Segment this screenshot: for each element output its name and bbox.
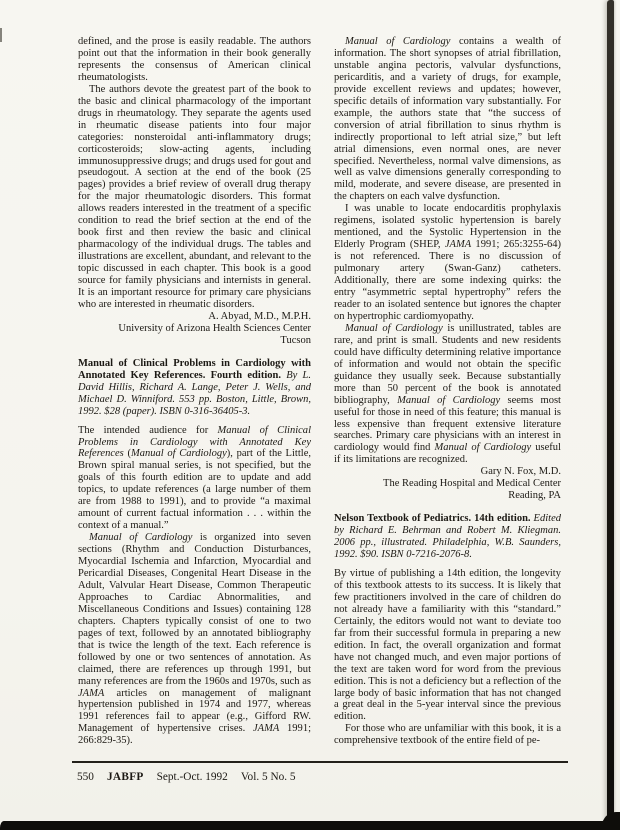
journal-abbreviation: JABFP <box>107 771 144 783</box>
scan-bottom-edge <box>0 821 620 830</box>
journal-scan-page: defined, and the prose is easily readabl… <box>0 0 620 830</box>
paragraph-cardiology-synopses: Manual of Cardiology contains a wealth o… <box>334 36 561 203</box>
scan-edge-mark <box>0 28 2 42</box>
issue-date: Sept.-Oct. 1992 <box>157 771 228 783</box>
volume-number: Vol. 5 No. 5 <box>241 771 296 783</box>
paragraph-rheumatology-readability: defined, and the prose is easily readabl… <box>78 36 311 84</box>
book-citation-cardiology-manual: Manual of Clinical Problems in Cardiolog… <box>78 358 311 418</box>
page-number: 550 <box>77 771 94 783</box>
footer-rule <box>72 761 568 763</box>
book-citation-nelson-pediatrics: Nelson Textbook of Pediatrics. 14th edit… <box>334 513 561 561</box>
paragraph-cardiology-omissions: I was unable to locate endocarditis prop… <box>334 203 561 323</box>
reviewer-attribution-abyad: A. Abyad, M.D., M.P.H.University of Ariz… <box>78 311 311 347</box>
paragraph-pediatrics-unfamiliar: For those who are unfamiliar with this b… <box>334 723 561 747</box>
reviewer-attribution-fox: Gary N. Fox, M.D.The Reading Hospital an… <box>334 466 561 502</box>
book-gutter-shadow <box>607 0 614 830</box>
paragraph-cardiology-assessment: Manual of Cardiology is unillustrated, t… <box>334 323 561 466</box>
right-text-column: Manual of Cardiology contains a wealth o… <box>334 36 561 747</box>
paragraph-cardiology-organization: Manual of Cardiology is organized into s… <box>78 532 311 747</box>
paragraph-rheumatology-drug-coverage: The authors devote the greatest part of … <box>78 84 311 311</box>
paragraph-pediatrics-longevity: By virtue of publishing a 14th edition, … <box>334 568 561 723</box>
page-footer: 550 JABFP Sept.-Oct. 1992 Vol. 5 No. 5 <box>77 771 296 783</box>
paragraph-cardiology-audience: The intended audience for Manual of Clin… <box>78 425 311 533</box>
left-text-column: defined, and the prose is easily readabl… <box>78 36 311 747</box>
